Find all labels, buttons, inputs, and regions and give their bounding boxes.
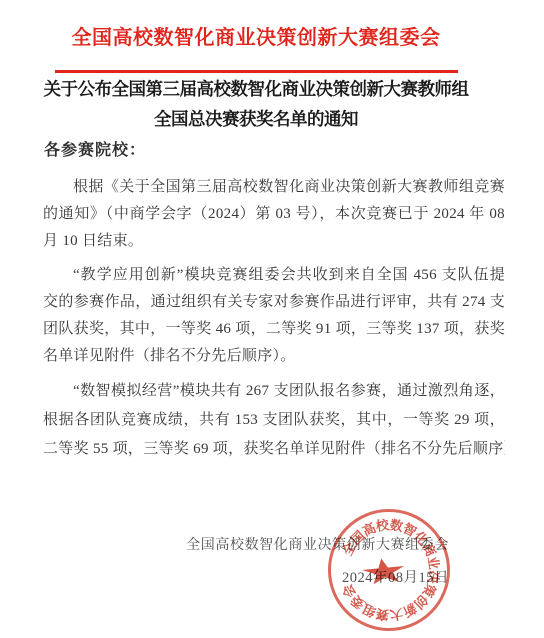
paragraph-line: 团队获奖，其中，一等奖 46 项，二等奖 91 项，三等奖 137 项，获奖 <box>43 316 505 343</box>
paragraph-line: 根据《关于全国第三届高校数智化商业决策创新大赛教师组竞赛 <box>43 174 505 201</box>
signature-block: 全国高校数智化商业决策创新大赛组委会 2024年08月15日 <box>0 536 449 588</box>
document-title-line-2: 全国总决赛获奖名单的通知 <box>0 108 512 130</box>
paragraph-line: 月 10 日结束。 <box>43 228 505 255</box>
paragraph-1: 根据《关于全国第三届高校数智化商业决策创新大赛教师组竞赛 的通知》（中商学会字（… <box>43 174 505 255</box>
notice-body: 根据《关于全国第三届高校数智化商业决策创新大赛教师组竞赛 的通知》（中商学会字（… <box>43 174 505 471</box>
paragraph-line: “教学应用创新”模块竞赛组委会共收到来自全国 456 支队伍提 <box>43 262 505 289</box>
signature-date: 2024年08月15日 <box>0 568 449 588</box>
paragraph-line: 根据各团队竞赛成绩，共有 153 支团队获奖，其中，一等奖 29 项， <box>43 406 505 435</box>
paragraph-line: 交的参赛作品，通过组织有关专家对参赛作品进行评审，共有 274 支 <box>43 289 505 316</box>
notice-document: 全国高校数智化商业决策创新大赛组委会 关于公布全国第三届高校数智化商业决策创新大… <box>0 0 544 638</box>
paragraph-line: “数智模拟经营”模块共有 267 支团队报名参赛，通过激烈角逐， <box>43 377 505 406</box>
paragraph-2: “教学应用创新”模块竞赛组委会共收到来自全国 456 支队伍提 交的参赛作品，通… <box>43 262 505 370</box>
paragraph-3: “数智模拟经营”模块共有 267 支团队报名参赛，通过激烈角逐， 根据各团队竞赛… <box>43 377 505 464</box>
salutation: 各参赛院校： <box>44 142 146 160</box>
signature-organization: 全国高校数智化商业决策创新大赛组委会 <box>0 536 449 556</box>
red-divider-line <box>55 70 458 73</box>
paragraph-line: 的通知》（中商学会字（2024）第 03 号），本次竞赛已于 2024 年 08 <box>43 201 505 228</box>
paragraph-line: 名单详见附件（排名不分先后顺序）。 <box>43 343 505 370</box>
paragraph-line: 二等奖 55 项，三等奖 69 项，获奖名单详见附件（排名不分先后顺序）。 <box>43 435 505 464</box>
organization-title: 全国高校数智化商业决策创新大赛组委会 <box>0 26 512 50</box>
document-title-line-1: 关于公布全国第三届高校数智化商业决策创新大赛教师组 <box>0 78 512 100</box>
